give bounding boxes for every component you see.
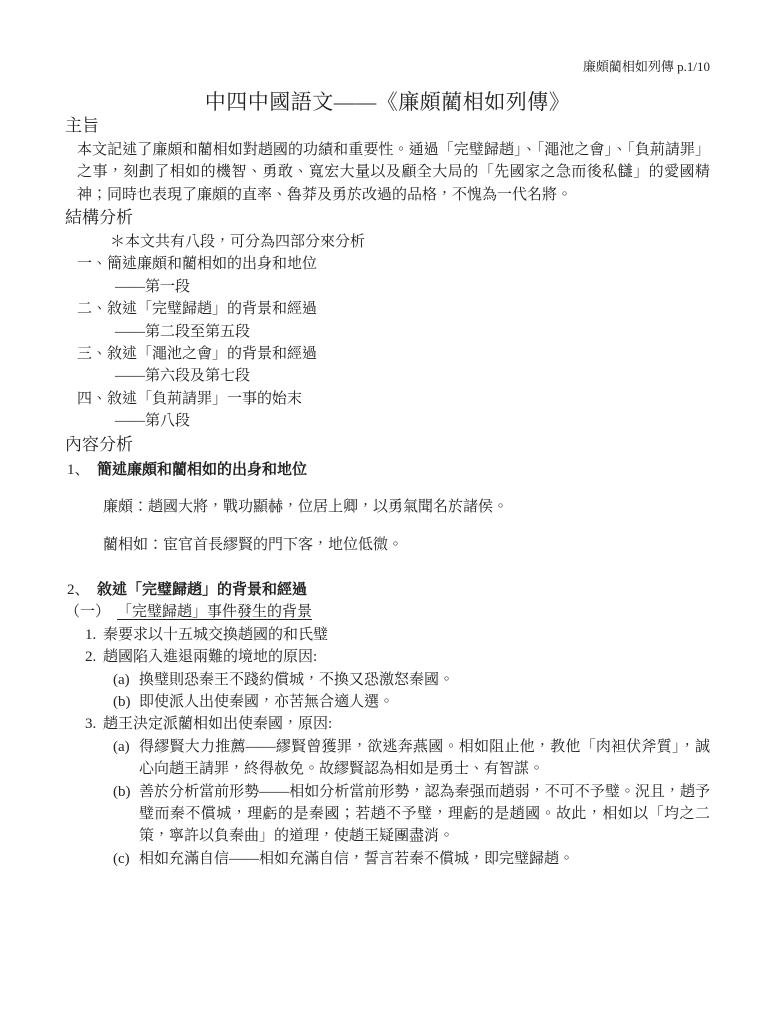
content-analysis-heading: 內容分析 bbox=[65, 433, 710, 457]
content-item-2-title: 敘述「完璧歸趙」的背景和經過 bbox=[97, 579, 307, 601]
point-2-sub-a-number: (a) bbox=[113, 669, 139, 691]
structure-item-4: 四、敘述「負荊請罪」一事的始末 bbox=[77, 388, 710, 410]
point-1: 1. 秦要求以十五城交換趙國的和氏璧 bbox=[85, 624, 710, 646]
subsection-1-title: 「完璧歸趙」事件發生的背景 bbox=[117, 601, 312, 623]
content-item-1-number: 1、 bbox=[67, 459, 97, 481]
content-item-2-subsection-1: （一） 「完璧歸趙」事件發生的背景 bbox=[65, 601, 710, 623]
content-item-2: 2、 敘述「完璧歸趙」的背景和經過 bbox=[67, 579, 710, 601]
document-title: 中四中國語文——《廉頗藺相如列傳》 bbox=[65, 91, 710, 113]
content-item-2-number: 2、 bbox=[67, 579, 97, 601]
point-1-number: 1. bbox=[85, 624, 103, 646]
subsection-1-marker: （一） bbox=[65, 601, 110, 623]
structure-item-1-range: ——第一段 bbox=[115, 276, 710, 298]
section-structure: 結構分析 ＊本文共有八段，可分為四部分來分析 一、簡述廉頗和藺相如的出身和地位 … bbox=[65, 206, 710, 433]
point-3-sub-b-text: 善於分析當前形勢——相如分析當前形勢，認為秦强而趙弱，不可不予璧。況且，趙予璧而… bbox=[139, 781, 710, 848]
structure-note: ＊本文共有八段，可分為四部分來分析 bbox=[110, 231, 710, 253]
point-3-sub-b-number: (b) bbox=[113, 781, 139, 848]
point-3-sub-a-text: 得繆賢大力推薦——繆賢曾獲罪，欲逃奔燕國。相如阻止他，教他「肉袒伏斧質」，誠心向… bbox=[139, 736, 710, 781]
section-content-analysis: 內容分析 1、 簡述廉頗和藺相如的出身和地位 廉頗：趙國大將，戰功顯赫，位居上卿… bbox=[65, 433, 710, 871]
point-2-sub-b-text: 即使派人出使秦國，亦苦無合適人選。 bbox=[139, 691, 710, 713]
section-main-idea: 主旨 本文記述了廉頗和藺相如對趙國的功績和重要性。通過「完璧歸趙」、「澠池之會」… bbox=[65, 114, 710, 206]
main-idea-heading: 主旨 bbox=[65, 114, 710, 138]
content-item-1-line-lianpo: 廉頗：趙國大將，戰功顯赫，位居上卿，以勇氣聞名於諸侯。 bbox=[103, 496, 710, 518]
point-3-sub-a-number: (a) bbox=[113, 736, 139, 781]
point-2-sub-a-text: 換璧則恐秦王不踐約償城，不換又恐激怒秦國。 bbox=[139, 669, 710, 691]
point-2-number: 2. bbox=[85, 646, 103, 668]
main-idea-paragraph: 本文記述了廉頗和藺相如對趙國的功績和重要性。通過「完璧歸趙」、「澠池之會」、「負… bbox=[77, 139, 710, 206]
structure-item-2: 二、敘述「完璧歸趙」的背景和經過 bbox=[77, 298, 710, 320]
document-page: 廉頗藺相如列傳 p.1/10 中四中國語文——《廉頗藺相如列傳》 主旨 本文記述… bbox=[0, 0, 768, 1024]
point-3-sub-b: (b) 善於分析當前形勢——相如分析當前形勢，認為秦强而趙弱，不可不予璧。況且，… bbox=[113, 781, 710, 848]
content-item-1: 1、 簡述廉頗和藺相如的出身和地位 bbox=[67, 459, 710, 481]
content-item-1-line-linxiangru: 藺相如：宦官首長繆賢的門下客，地位低微。 bbox=[103, 534, 710, 556]
point-3-sub-c-text: 相如充滿自信——相如充滿自信，誓言若秦不償城，即完璧歸趙。 bbox=[139, 848, 710, 870]
point-3-sub-a: (a) 得繆賢大力推薦——繆賢曾獲罪，欲逃奔燕國。相如阻止他，教他「肉袒伏斧質」… bbox=[113, 736, 710, 781]
page-header: 廉頗藺相如列傳 p.1/10 bbox=[65, 56, 710, 78]
structure-item-3: 三、敘述「澠池之會」的背景和經過 bbox=[77, 343, 710, 365]
point-3: 3. 趙王決定派藺相如出使秦國，原因: bbox=[85, 713, 710, 735]
point-3-text: 趙王決定派藺相如出使秦國，原因: bbox=[103, 713, 710, 735]
point-3-number: 3. bbox=[85, 713, 103, 735]
structure-heading: 結構分析 bbox=[65, 206, 710, 230]
point-2-text: 趙國陷入進退兩難的境地的原因: bbox=[103, 646, 710, 668]
point-1-text: 秦要求以十五城交換趙國的和氏璧 bbox=[103, 624, 710, 646]
point-2-sub-b: (b) 即使派人出使秦國，亦苦無合適人選。 bbox=[113, 691, 710, 713]
structure-item-3-range: ——第六段及第七段 bbox=[115, 365, 710, 387]
point-3-sub-c-number: (c) bbox=[113, 848, 139, 870]
structure-item-4-range: ——第八段 bbox=[115, 410, 710, 432]
point-2-sub-a: (a) 換璧則恐秦王不踐約償城，不換又恐激怒秦國。 bbox=[113, 669, 710, 691]
point-2-sub-b-number: (b) bbox=[113, 691, 139, 713]
content-item-1-title: 簡述廉頗和藺相如的出身和地位 bbox=[97, 459, 307, 481]
point-2: 2. 趙國陷入進退兩難的境地的原因: bbox=[85, 646, 710, 668]
point-3-sub-c: (c) 相如充滿自信——相如充滿自信，誓言若秦不償城，即完璧歸趙。 bbox=[113, 848, 710, 870]
structure-item-2-range: ——第二段至第五段 bbox=[115, 321, 710, 343]
structure-item-1: 一、簡述廉頗和藺相如的出身和地位 bbox=[77, 253, 710, 275]
